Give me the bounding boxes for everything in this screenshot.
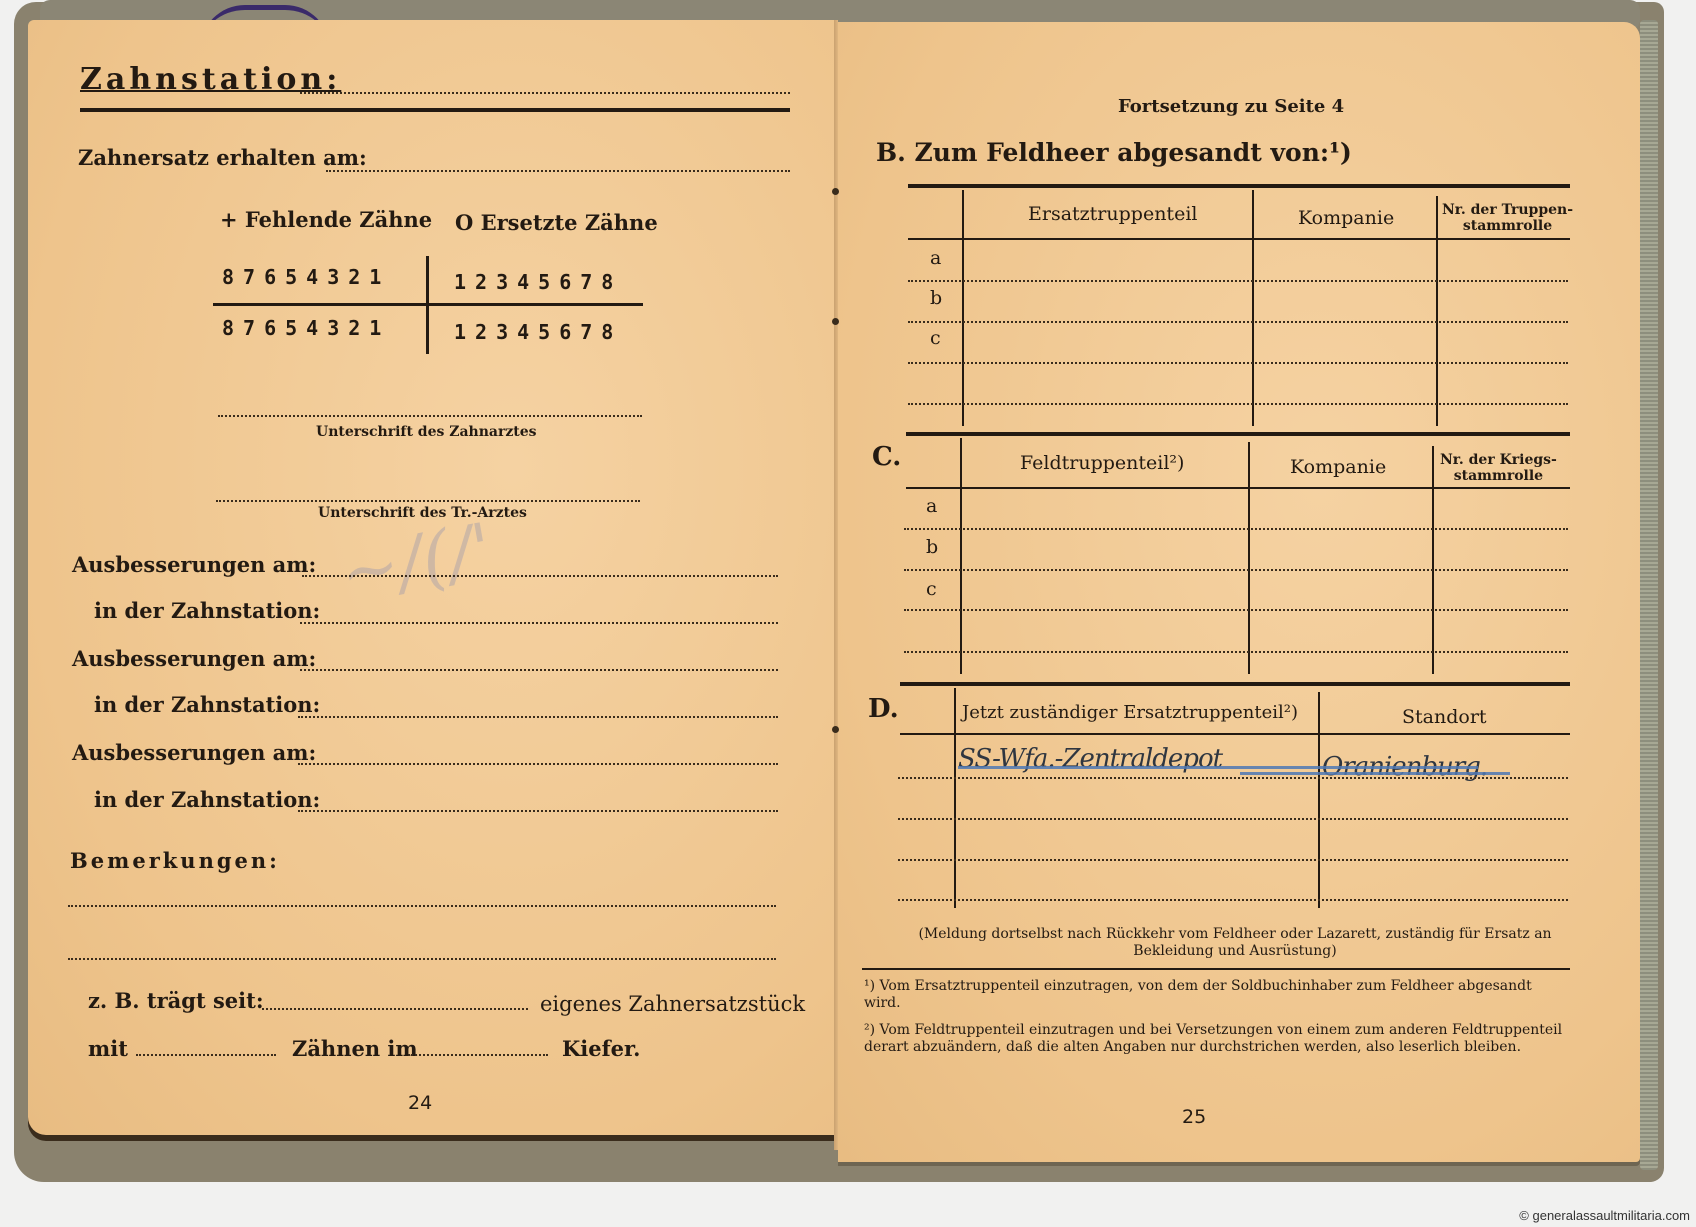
col-header-company: Kompanie	[1298, 207, 1394, 229]
footnote-separator	[862, 968, 1570, 970]
section-b-row-a[interactable]	[908, 280, 1568, 282]
section-d-top-rule	[900, 682, 1570, 686]
row-label-a: a	[930, 247, 941, 269]
blue-strikethrough	[958, 766, 1478, 769]
row-label-a: a	[926, 495, 937, 517]
dentist-signature-label: Unterschrift des Zahnarztes	[316, 424, 537, 440]
staple	[832, 318, 839, 325]
repairs-station-label: in der Zahnstation:	[94, 598, 320, 623]
col-header-location: Standort	[1402, 706, 1487, 728]
missing-teeth-legend: + Fehlende Zähne	[220, 207, 432, 232]
column-divider	[1436, 196, 1438, 426]
remarks-line-2[interactable]	[68, 958, 776, 960]
column-divider	[1432, 446, 1434, 674]
dental-station-field[interactable]	[300, 92, 790, 94]
repairs-date-field[interactable]	[300, 669, 778, 671]
row-label-c: c	[926, 578, 937, 600]
col-header-reserve-unit: Ersatztruppenteil	[1028, 203, 1197, 225]
section-d-letter: D.	[868, 694, 899, 724]
repairs-label: Ausbesserungen am:	[72, 646, 316, 671]
handwritten-unit-entry: SS-Wfa.-Zentraldepot	[958, 744, 1222, 774]
section-c-row-a[interactable]	[904, 528, 1568, 530]
wears-since-field[interactable]	[262, 1008, 528, 1010]
remarks-line-1[interactable]	[68, 905, 776, 907]
lower-right-teeth: 87654321	[222, 316, 390, 340]
remarks-label: Bemerkungen:	[70, 848, 280, 873]
repairs-station-field[interactable]	[298, 716, 778, 718]
section-b-row-d[interactable]	[908, 403, 1568, 405]
continuation-heading: Fortsetzung zu Seite 4	[1118, 96, 1344, 117]
column-divider	[954, 688, 956, 908]
upper-right-teeth: 87654321	[222, 265, 390, 289]
blue-strikethrough	[1240, 772, 1510, 775]
repairs-station-label: in der Zahnstation:	[94, 692, 320, 717]
col-header-current-reserve-unit: Jetzt zuständiger Ersatztruppenteil²)	[962, 702, 1298, 723]
section-b-top-rule	[908, 184, 1570, 188]
copyright-watermark: © generalassaultmilitaria.com	[1519, 1208, 1690, 1223]
own-denture-label: eigenes Zahnersatzstück	[540, 992, 805, 1016]
staple	[832, 726, 839, 733]
section-b-row-b[interactable]	[908, 321, 1568, 323]
section-d-row-1[interactable]	[898, 777, 1568, 779]
section-c-row-c[interactable]	[904, 609, 1568, 611]
column-divider	[1252, 190, 1254, 426]
footnote-2: ²) Vom Feldtruppenteil einzutragen und b…	[864, 1022, 1570, 1056]
section-c-row-d[interactable]	[904, 651, 1568, 653]
replaced-teeth-legend: O Ersetzte Zähne	[455, 210, 658, 235]
replacement-received-field[interactable]	[326, 170, 790, 172]
footnote-1: ¹) Vom Ersatztruppenteil einzutragen, vo…	[864, 978, 1570, 1012]
lower-left-teeth: 12345678	[454, 320, 622, 344]
teeth-in-label: Zähnen im	[292, 1036, 418, 1061]
repairs-label: Ausbesserungen am:	[72, 740, 316, 765]
column-divider	[1318, 692, 1320, 908]
jaw-label: Kiefer.	[562, 1036, 640, 1061]
troop-doctor-signature-field[interactable]	[216, 500, 640, 502]
repairs-date-field[interactable]	[302, 575, 778, 577]
with-label: mit	[88, 1036, 128, 1061]
row-label-c: c	[930, 327, 941, 349]
section-c-row-b[interactable]	[904, 569, 1568, 571]
replacement-received-label: Zahnersatz erhalten am:	[78, 145, 367, 170]
col-header-roll-number: Nr. der Truppen- stammrolle	[1442, 202, 1573, 234]
section-d-row-2[interactable]	[898, 818, 1568, 820]
section-b-row-c[interactable]	[908, 362, 1568, 364]
section-c-top-rule	[906, 432, 1570, 436]
repairs-date-field[interactable]	[298, 763, 778, 765]
repairs-station-label: in der Zahnstation:	[94, 787, 320, 812]
section-b-title: B. Zum Feldheer abgesandt von:¹)	[876, 138, 1352, 167]
column-divider	[1248, 442, 1250, 674]
page-number-left: 24	[408, 1092, 432, 1114]
page-number-right: 25	[1182, 1106, 1206, 1128]
staple	[832, 188, 839, 195]
column-divider	[960, 438, 962, 674]
section-b-header-rule	[908, 238, 1570, 240]
teeth-count-field[interactable]	[136, 1054, 276, 1056]
dental-chart-vertical	[426, 256, 429, 354]
section-c-header-rule	[906, 487, 1570, 489]
col-header-war-roll-number: Nr. der Kriegs- stammrolle	[1440, 452, 1557, 484]
section-d-header-rule	[900, 733, 1570, 735]
section-d-row-3[interactable]	[898, 859, 1568, 861]
section-d-row-4[interactable]	[898, 899, 1568, 901]
col-header-field-unit: Feldtruppenteil²)	[1020, 452, 1184, 474]
repairs-station-field[interactable]	[300, 622, 778, 624]
upper-left-teeth: 12345678	[454, 270, 622, 294]
wears-since-label: z. B. trägt seit:	[88, 988, 264, 1013]
jaw-field[interactable]	[408, 1054, 548, 1056]
troop-doctor-signature-label: Unterschrift des Tr.-Arztes	[318, 505, 527, 521]
section-c-letter: C.	[872, 442, 901, 472]
cloth-spine	[1640, 20, 1658, 1170]
col-header-company: Kompanie	[1290, 456, 1386, 478]
dentist-signature-field[interactable]	[218, 415, 642, 417]
title-underline	[80, 108, 790, 112]
row-label-b: b	[926, 536, 938, 558]
repairs-label: Ausbesserungen am:	[72, 552, 316, 577]
section-d-note: (Meldung dortselbst nach Rückkehr vom Fe…	[900, 926, 1570, 960]
column-divider	[962, 190, 964, 426]
row-label-b: b	[930, 287, 942, 309]
repairs-station-field[interactable]	[298, 810, 778, 812]
